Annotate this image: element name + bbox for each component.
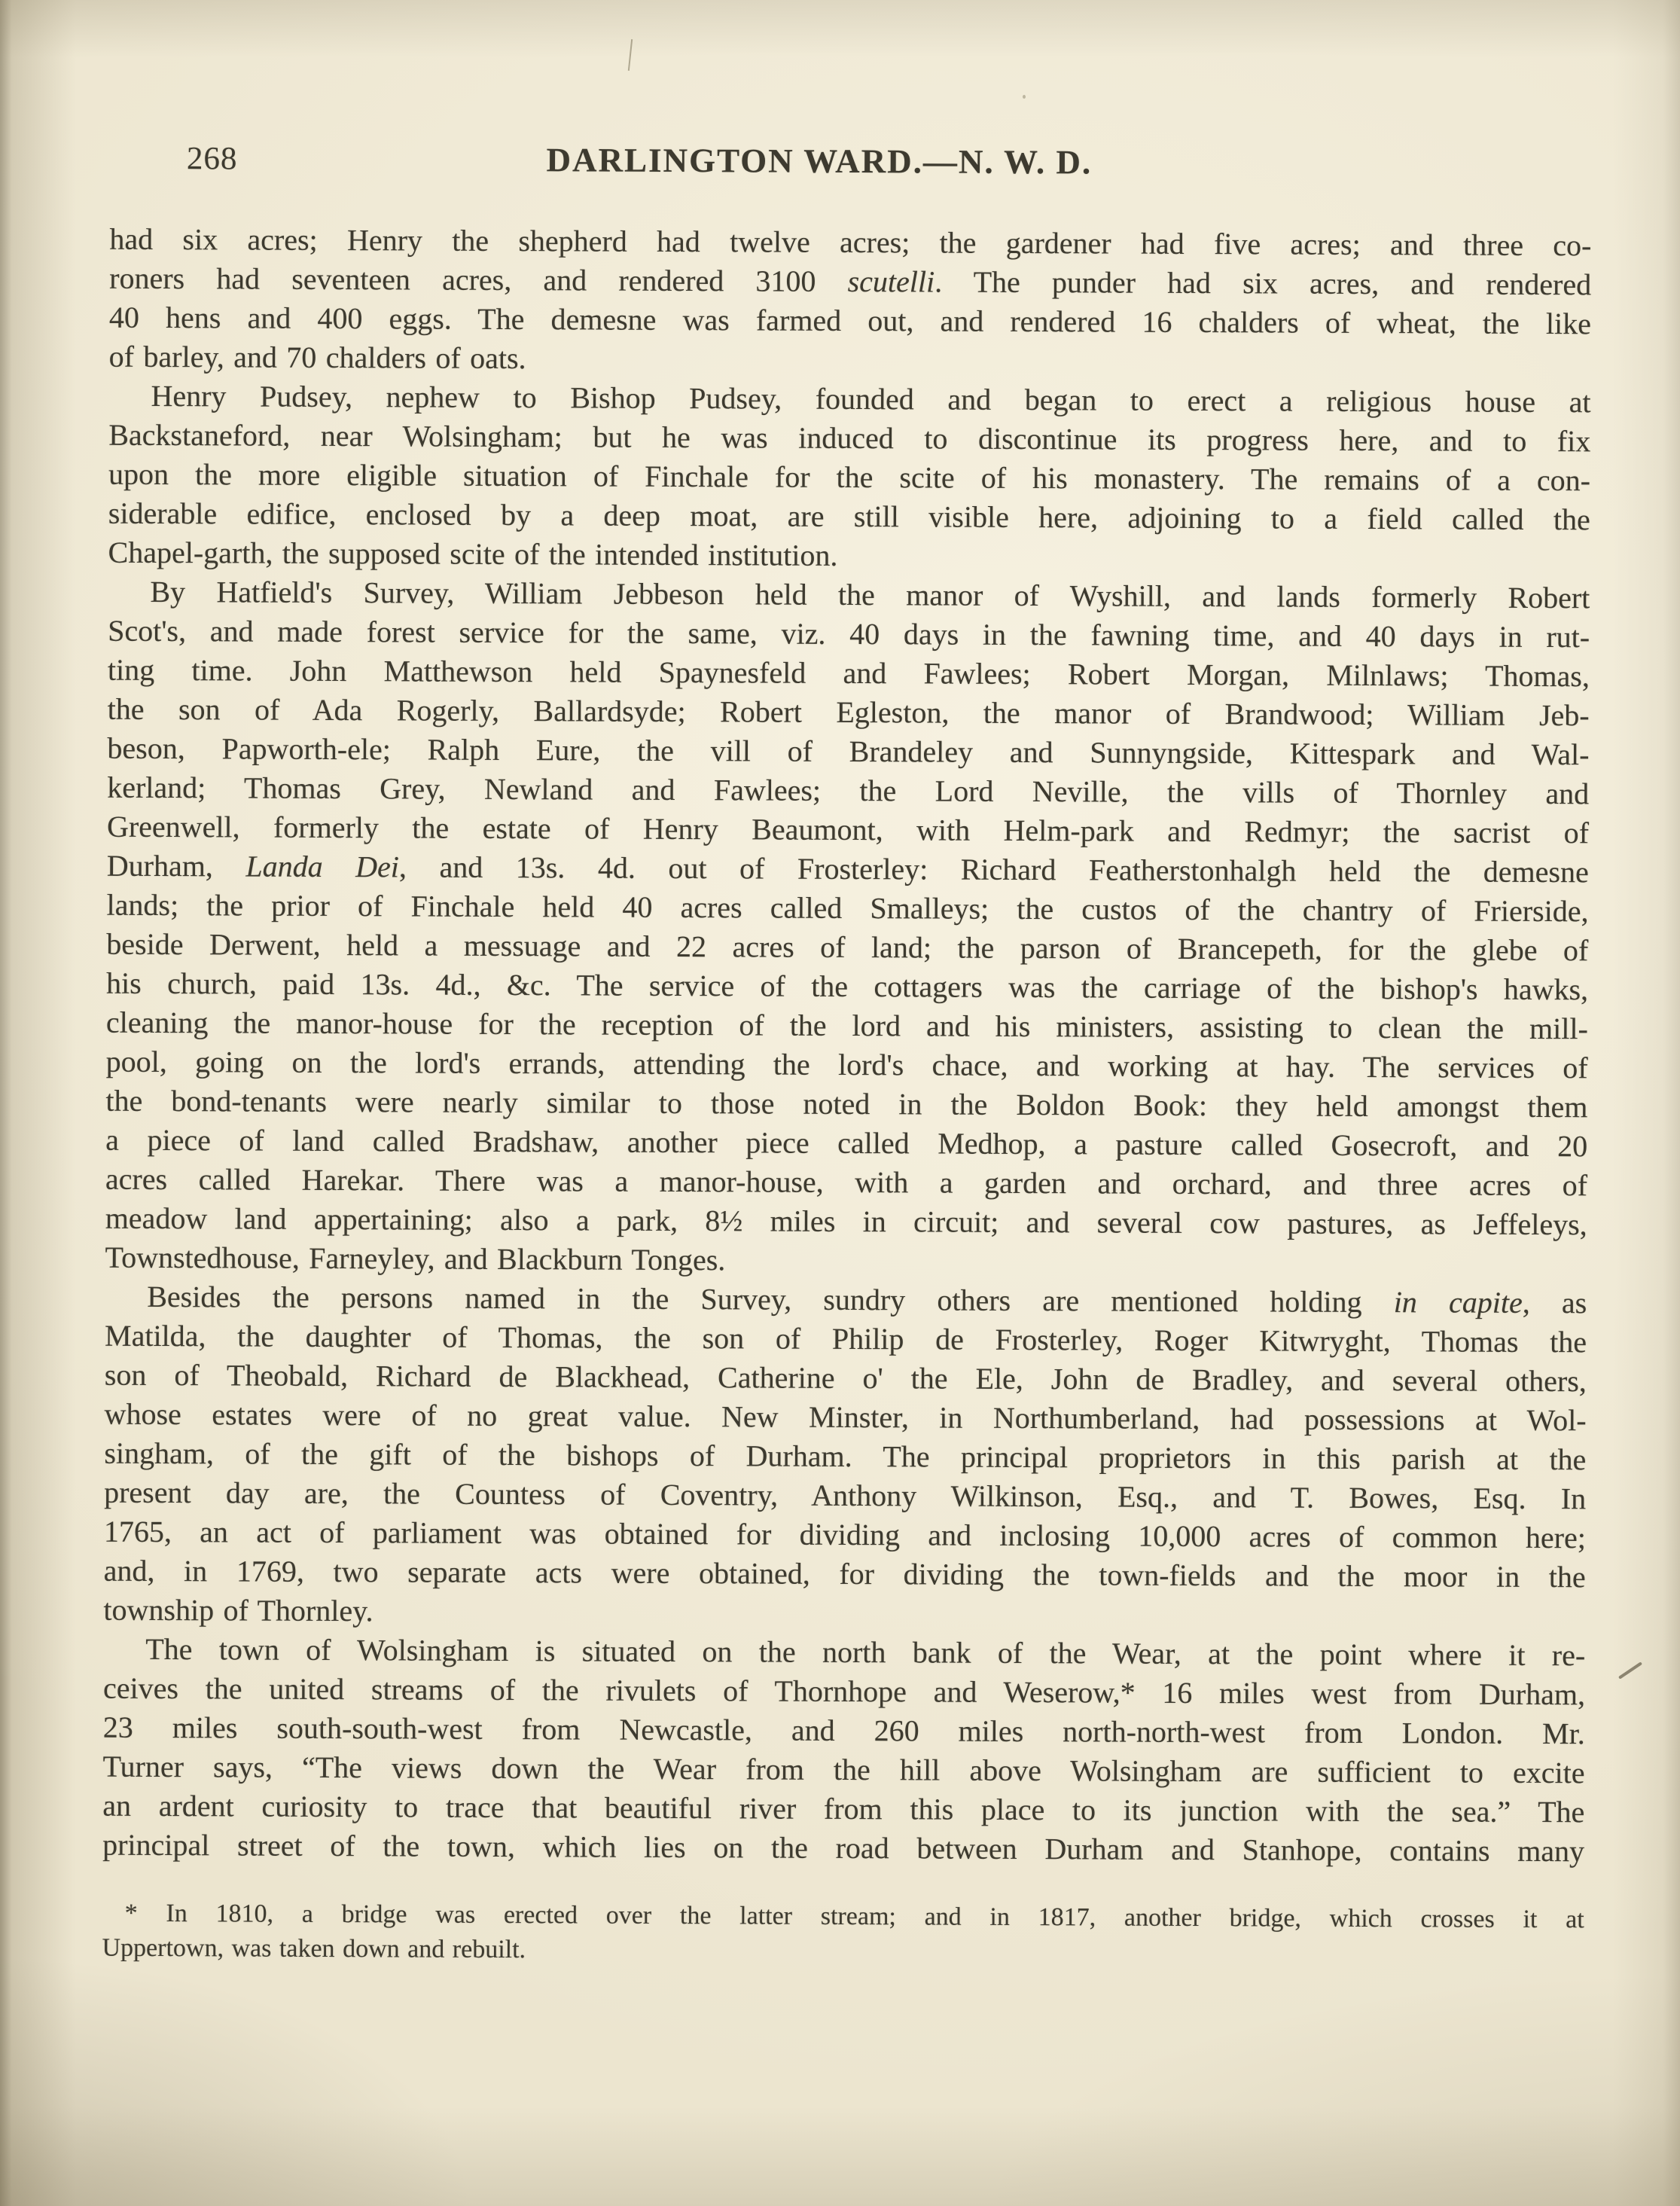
- text-line: son of Theobald, Richard de Blackhead, C…: [105, 1356, 1587, 1402]
- text-line: 40 hens and 400 eggs. The demesne was fa…: [109, 298, 1591, 344]
- text-line: singham, of the gift of the bishops of D…: [104, 1434, 1586, 1480]
- text-line: Scot's, and made forest service for the …: [108, 612, 1590, 658]
- ink-mark: [1618, 1661, 1642, 1679]
- text-line: Turner says, “The views down the Wear fr…: [102, 1747, 1584, 1793]
- page-header: 268 DARLINGTON WARD.—N. W. D.: [110, 139, 1592, 188]
- text-line: Chapel-garth, the supposed scite of the …: [108, 533, 1590, 579]
- text-line: 23 miles south-south-west from Newcastle…: [103, 1708, 1585, 1754]
- scan-speck: [1023, 95, 1026, 99]
- text-line: present day are, the Countess of Coventr…: [104, 1473, 1586, 1519]
- text-line: meadow land appertaining; also a park, 8…: [105, 1199, 1587, 1245]
- text-line: Greenwell, formerly the estate of Henry …: [107, 807, 1589, 853]
- text-line: beson, Papworth-ele; Ralph Eure, the vil…: [107, 729, 1589, 775]
- text-line: acres called Harekar. There was a manor-…: [105, 1160, 1587, 1206]
- text-line: of barley, and 70 chalders of oats.: [109, 337, 1591, 383]
- text-line: had six acres; Henry the shepherd had tw…: [109, 220, 1591, 266]
- text-line: whose estates were of no great value. Ne…: [105, 1395, 1587, 1441]
- text-line: and, in 1769, two separate acts were obt…: [104, 1552, 1586, 1597]
- paragraph: Besides the persons named in the Survey,…: [103, 1277, 1587, 1637]
- text-line: Henry Pudsey, nephew to Bishop Pudsey, f…: [108, 377, 1590, 423]
- page-content: 268 DARLINGTON WARD.—N. W. D. had six ac…: [102, 139, 1592, 1973]
- text-line: ceives the united streams of the rivulet…: [103, 1669, 1585, 1715]
- footnote: * In 1810, a bridge was erected over the…: [102, 1896, 1584, 1973]
- paragraph: had six acres; Henry the shepherd had tw…: [109, 220, 1592, 383]
- text-line: By Hatfield's Survey, William Jebbeson h…: [108, 572, 1590, 618]
- paragraph: By Hatfield's Survey, William Jebbeson h…: [105, 572, 1590, 1284]
- text-line: The town of Wolsingham is situated on th…: [103, 1630, 1585, 1676]
- text-line: the bond-tenants were nearly similar to …: [105, 1082, 1587, 1127]
- paragraph: The town of Wolsingham is situated on th…: [102, 1630, 1585, 1872]
- paragraph: * In 1810, a bridge was erected over the…: [102, 1896, 1584, 1973]
- text-line: an ardent curiosity to trace that beauti…: [102, 1786, 1584, 1832]
- text-line: Durham, Landa Dei, and 13s. 4d. out of F…: [107, 847, 1589, 892]
- scanned-page: 268 DARLINGTON WARD.—N. W. D. had six ac…: [0, 0, 1680, 2206]
- text-line: Matilda, the daughter of Thomas, the son…: [105, 1317, 1587, 1362]
- text-line: roners had seventeen acres, and rendered…: [109, 259, 1591, 305]
- text-line: principal street of the town, which lies…: [102, 1826, 1584, 1872]
- text-line: 1765, an act of parliament was obtained …: [104, 1512, 1586, 1558]
- text-line: Townstedhouse, Farneyley, and Blackburn …: [105, 1238, 1587, 1284]
- running-title: DARLINGTON WARD.—N. W. D.: [78, 139, 1560, 185]
- text-line: cleaning the manor-house for the recepti…: [106, 1003, 1588, 1049]
- scan-speck: [628, 39, 633, 71]
- text-line: a piece of land called Bradshaw, another…: [105, 1121, 1587, 1167]
- text-line: siderable edifice, enclosed by a deep mo…: [108, 494, 1590, 540]
- text-line: Uppertown, was taken down and rebuilt.: [102, 1931, 1584, 1973]
- text-line: pool, going on the lord's errands, atten…: [106, 1042, 1588, 1088]
- text-line: kerland; Thomas Grey, Newland and Fawlee…: [107, 768, 1589, 814]
- text-line: ting time. John Matthewson held Spaynesf…: [108, 651, 1590, 697]
- text-line: Backstaneford, near Wolsingham; but he w…: [108, 416, 1590, 462]
- text-line: upon the more eligible situation of Finc…: [108, 455, 1590, 501]
- body-text: had six acres; Henry the shepherd had tw…: [102, 220, 1592, 1872]
- text-line: lands; the prior of Finchale held 40 acr…: [106, 886, 1588, 932]
- text-line: township of Thornley.: [103, 1591, 1585, 1637]
- paragraph: Henry Pudsey, nephew to Bishop Pudsey, f…: [108, 377, 1590, 579]
- text-line: his church, paid 13s. 4d., &c. The servi…: [106, 964, 1588, 1010]
- text-line: Besides the persons named in the Survey,…: [105, 1277, 1587, 1323]
- text-line: the son of Ada Rogerly, Ballardsyde; Rob…: [108, 690, 1590, 736]
- text-line: beside Derwent, held a messuage and 22 a…: [106, 925, 1588, 971]
